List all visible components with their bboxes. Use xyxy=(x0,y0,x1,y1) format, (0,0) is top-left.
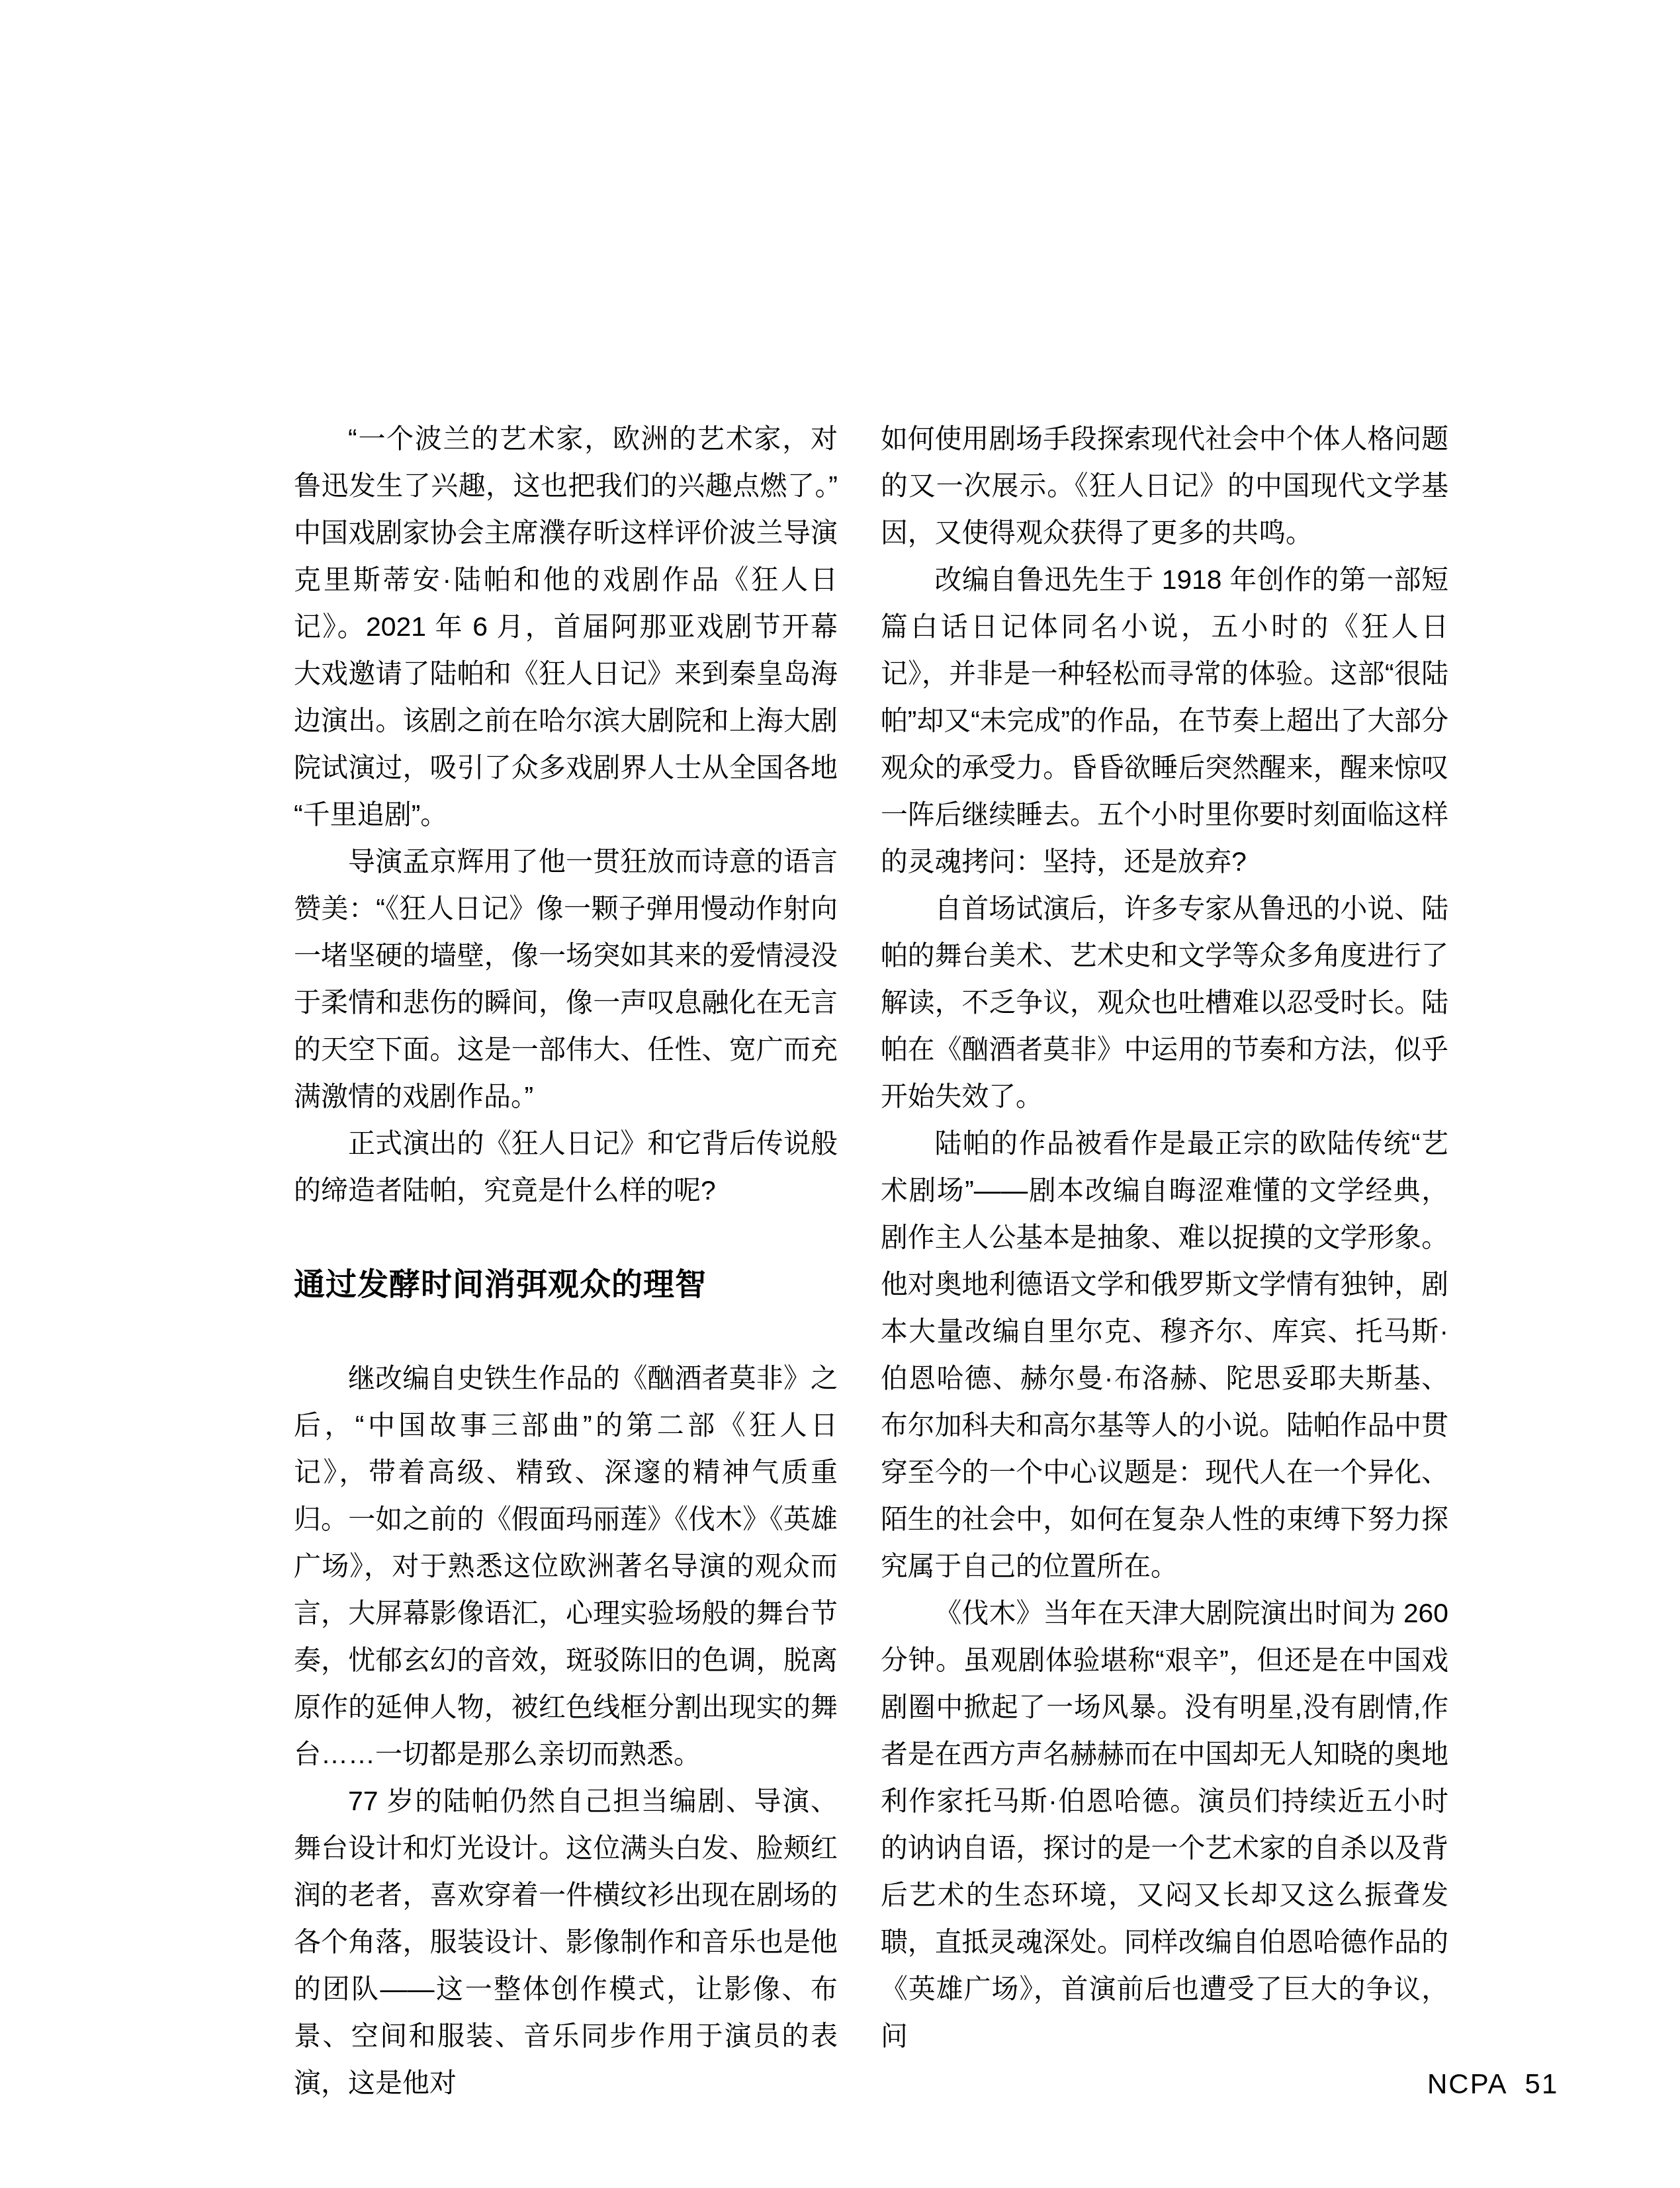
magazine-page: “一个波兰的艺术家，欧洲的艺术家，对鲁迅发生了兴趣，这也把我们的兴趣点燃了。”中… xyxy=(0,0,1680,2188)
paragraph-quote-intro: “一个波兰的艺术家，欧洲的艺术家，对鲁迅发生了兴趣，这也把我们的兴趣点燃了。”中… xyxy=(294,416,838,838)
paragraph-luxun-adaptation: 改编自鲁迅先生于 1918 年创作的第一部短篇白话日记体同名小说，五小时的《狂人… xyxy=(881,556,1448,885)
paragraph-trilogy: 继改编自史铁生作品的《酗酒者莫非》之后，“中国故事三部曲”的第二部《狂人日记》，… xyxy=(294,1355,838,1778)
left-column: “一个波兰的艺术家，欧洲的艺术家，对鲁迅发生了兴趣，这也把我们的兴趣点燃了。”中… xyxy=(294,416,838,2107)
paragraph-preview-reactions: 自首场试演后，许多专家从鲁迅的小说、陆帕的舞台美术、艺术史和文学等众多角度进行了… xyxy=(881,885,1448,1120)
right-column: 如何使用剧场手段探索现代社会中个体人格问题的又一次展示。《狂人日记》的中国现代文… xyxy=(881,416,1448,2060)
paragraph-question: 正式演出的《狂人日记》和它背后传说般的缔造者陆帕，究竟是什么样的呢? xyxy=(294,1120,838,1214)
paragraph-meng-jinghui-praise: 导演孟京辉用了他一贯狂放而诗意的语言赞美：“《狂人日记》像一颗子弹用慢动作射向一… xyxy=(294,838,838,1120)
paragraph-famu-tianjin: 《伐木》当年在天津大剧院演出时间为 260 分钟。虽观剧体验堪称“艰辛”，但还是… xyxy=(881,1590,1448,2060)
journal-label: NCPA xyxy=(1427,2068,1508,2099)
paragraph-continuation: 如何使用剧场手段探索现代社会中个体人格问题的又一次展示。《狂人日记》的中国现代文… xyxy=(881,416,1448,556)
section-heading: 通过发酵时间消弭观众的理智 xyxy=(294,1260,838,1307)
paragraph-art-theatre-tradition: 陆帕的作品被看作是最正宗的欧陆传统“艺术剧场”——剧本改编自晦涩难懂的文学经典，… xyxy=(881,1120,1448,1590)
page-number: 51 xyxy=(1525,2068,1559,2099)
paragraph-lupa-roles: 77 岁的陆帕仍然自己担当编剧、导演、舞台设计和灯光设计。这位满头白发、脸颊红润… xyxy=(294,1778,838,2107)
page-footer: NCPA51 xyxy=(1427,2068,1558,2100)
